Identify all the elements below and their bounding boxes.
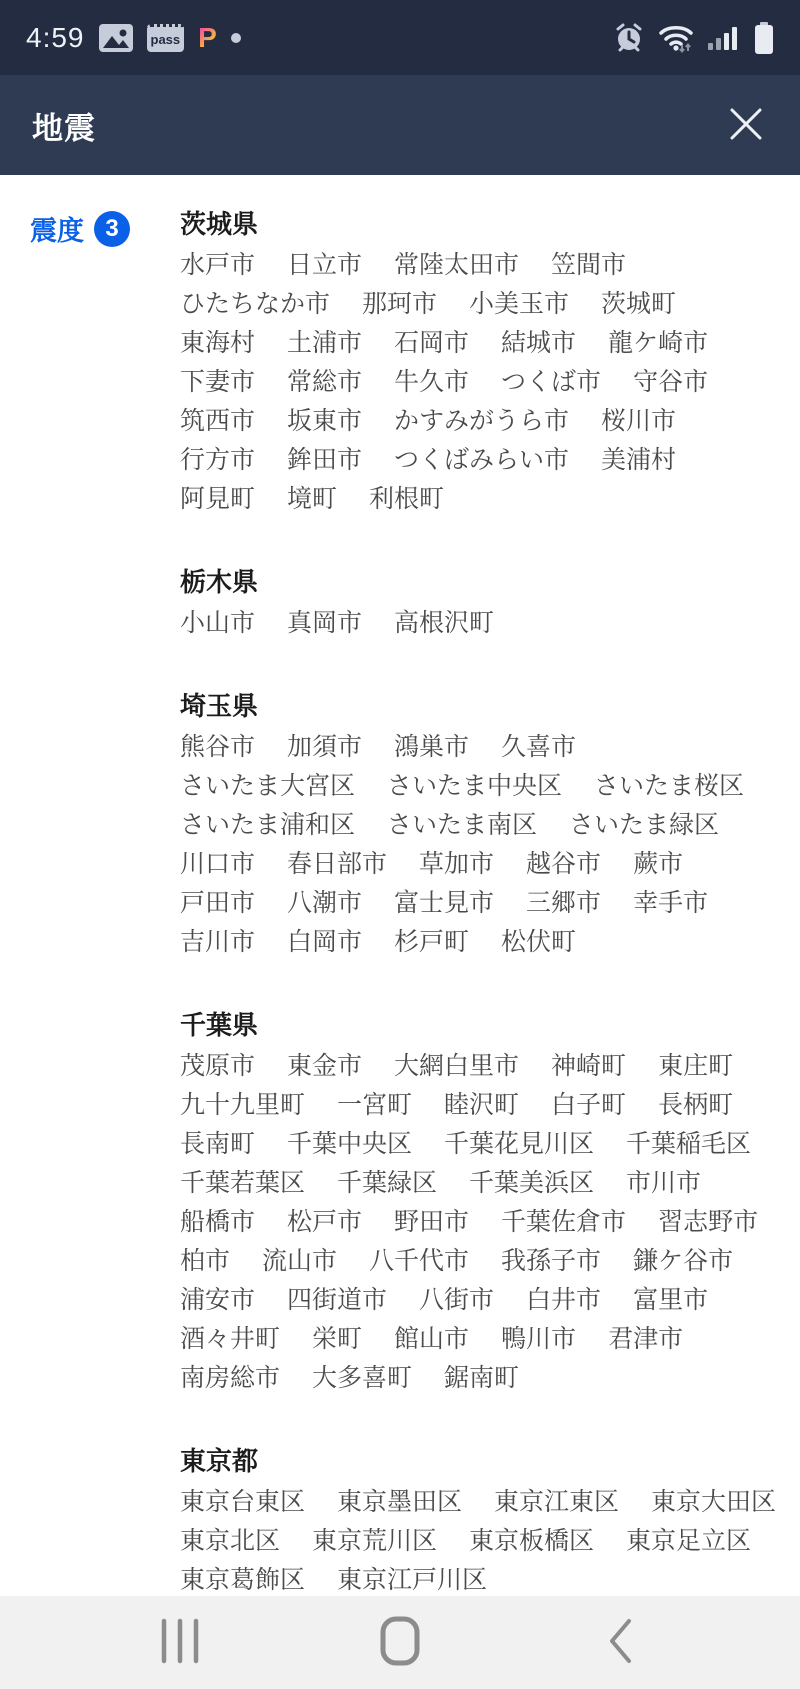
recents-icon — [158, 1618, 202, 1667]
city-name: 三郷市 — [526, 884, 601, 923]
city-name: 笠間市 — [551, 246, 626, 285]
city-name: 松戸市 — [287, 1203, 362, 1242]
city-line: さいたま大宮区さいたま中央区さいたま桜区 — [180, 767, 790, 806]
prefecture-heading: 東京都 — [180, 1442, 790, 1481]
city-name: 長柄町 — [658, 1086, 733, 1125]
city-name: 東京墨田区 — [337, 1483, 462, 1522]
city-line: 浦安市四街道市八街市白井市富里市 — [180, 1281, 790, 1320]
city-name: 熊谷市 — [180, 728, 255, 767]
city-name: 筑西市 — [180, 402, 255, 441]
city-name: 八千代市 — [369, 1242, 469, 1281]
phone-screen: 4:59 pass P — [0, 0, 800, 1689]
city-name: 神崎町 — [551, 1047, 626, 1086]
city-line: 酒々井町栄町館山市鴨川市君津市 — [180, 1320, 790, 1359]
city-name: 八街市 — [419, 1281, 494, 1320]
city-line: 小山市真岡市高根沢町 — [180, 604, 790, 643]
city-name: 坂東市 — [287, 402, 362, 441]
city-name: 守谷市 — [633, 363, 708, 402]
city-name: 大網白里市 — [394, 1047, 519, 1086]
city-name: 君津市 — [608, 1320, 683, 1359]
city-name: 流山市 — [262, 1242, 337, 1281]
city-line: 行方市鉾田市つくばみらい市美浦村 — [180, 441, 790, 480]
intensity-column: 震度 3 — [30, 205, 180, 1596]
city-name: 四街道市 — [287, 1281, 387, 1320]
pass-icon: pass — [147, 24, 185, 52]
city-name: 東金市 — [287, 1047, 362, 1086]
city-name: 鎌ケ谷市 — [633, 1242, 733, 1281]
city-line: 九十九里町一宮町睦沢町白子町長柄町 — [180, 1086, 790, 1125]
city-name: 那珂市 — [362, 285, 437, 324]
city-name: 白子町 — [551, 1086, 626, 1125]
city-name: 境町 — [287, 480, 337, 519]
city-name: 千葉稲毛区 — [626, 1125, 751, 1164]
city-name: 東庄町 — [658, 1047, 733, 1086]
city-name: 小山市 — [180, 604, 255, 643]
city-name: 千葉中央区 — [287, 1125, 412, 1164]
city-line: 船橋市松戸市野田市千葉佐倉市習志野市 — [180, 1203, 790, 1242]
city-name: 石岡市 — [394, 324, 469, 363]
city-name: さいたま浦和区 — [180, 806, 355, 845]
city-line: 茂原市東金市大網白里市神崎町東庄町 — [180, 1047, 790, 1086]
prefecture-section: 千葉県茂原市東金市大網白里市神崎町東庄町九十九里町一宮町睦沢町白子町長柄町長南町… — [180, 1006, 790, 1398]
city-line: 東海村土浦市石岡市結城市龍ケ崎市 — [180, 324, 790, 363]
city-name: 野田市 — [394, 1203, 469, 1242]
prefecture-heading: 千葉県 — [180, 1006, 790, 1045]
city-name: 東京台東区 — [180, 1483, 305, 1522]
back-icon — [605, 1617, 635, 1668]
city-line: さいたま浦和区さいたま南区さいたま緑区 — [180, 806, 790, 845]
city-name: 杉戸町 — [394, 923, 469, 962]
city-name: 真岡市 — [287, 604, 362, 643]
prefecture-heading: 栃木県 — [180, 563, 790, 602]
city-name: かすみがうら市 — [394, 402, 569, 441]
city-name: 阿見町 — [180, 480, 255, 519]
recents-button[interactable] — [150, 1613, 210, 1673]
content-area: 震度 3 茨城県水戸市日立市常陸太田市笠間市ひたちなか市那珂市小美玉市茨城町東海… — [0, 175, 800, 1596]
city-name: 結城市 — [501, 324, 576, 363]
city-line: 東京北区東京荒川区東京板橋区東京足立区 — [180, 1522, 790, 1561]
city-name: 常陸太田市 — [394, 246, 519, 285]
city-name: 戸田市 — [180, 884, 255, 923]
city-name: 鋸南町 — [444, 1359, 519, 1398]
city-name: 利根町 — [369, 480, 444, 519]
status-bar: 4:59 pass P — [0, 0, 800, 75]
city-name: 八潮市 — [287, 884, 362, 923]
city-name: 白井市 — [526, 1281, 601, 1320]
city-line: 川口市春日部市草加市越谷市蕨市 — [180, 845, 790, 884]
city-line: 東京葛飾区東京江戸川区 — [180, 1561, 790, 1596]
city-name: 草加市 — [419, 845, 494, 884]
city-name: 千葉美浜区 — [469, 1164, 594, 1203]
city-name: 酒々井町 — [180, 1320, 280, 1359]
city-name: 睦沢町 — [444, 1086, 519, 1125]
status-bar-right — [614, 22, 774, 54]
city-name: 富士見市 — [394, 884, 494, 923]
notification-dot-icon — [231, 33, 241, 43]
city-name: 幸手市 — [633, 884, 708, 923]
city-name: 長南町 — [180, 1125, 255, 1164]
city-name: 鉾田市 — [287, 441, 362, 480]
city-name: 東京足立区 — [626, 1522, 751, 1561]
intensity-badge: 3 — [94, 211, 130, 247]
city-name: 東京江東区 — [494, 1483, 619, 1522]
city-name: 牛久市 — [394, 363, 469, 402]
city-line: ひたちなか市那珂市小美玉市茨城町 — [180, 285, 790, 324]
status-bar-left: 4:59 pass P — [26, 22, 241, 54]
city-line: 長南町千葉中央区千葉花見川区千葉稲毛区 — [180, 1125, 790, 1164]
city-name: 下妻市 — [180, 363, 255, 402]
prefecture-heading: 埼玉県 — [180, 687, 790, 726]
city-name: 東京大田区 — [651, 1483, 776, 1522]
city-name: 東京北区 — [180, 1522, 280, 1561]
city-name: 越谷市 — [526, 845, 601, 884]
city-name: 小美玉市 — [469, 285, 569, 324]
city-name: 久喜市 — [501, 728, 576, 767]
city-name: 茨城町 — [601, 285, 676, 324]
city-name: 市川市 — [626, 1164, 701, 1203]
city-name: 美浦村 — [601, 441, 676, 480]
city-name: 常総市 — [287, 363, 362, 402]
city-name: 東京葛飾区 — [180, 1561, 305, 1596]
home-icon — [380, 1616, 420, 1669]
city-line: 千葉若葉区千葉緑区千葉美浜区市川市 — [180, 1164, 790, 1203]
prefecture-section: 栃木県小山市真岡市高根沢町 — [180, 563, 790, 643]
city-name: 東京荒川区 — [312, 1522, 437, 1561]
city-name: 土浦市 — [287, 324, 362, 363]
city-name: 松伏町 — [501, 923, 576, 962]
navigation-bar — [0, 1596, 800, 1689]
prefecture-list: 茨城県水戸市日立市常陸太田市笠間市ひたちなか市那珂市小美玉市茨城町東海村土浦市石… — [180, 205, 790, 1596]
city-name: 東京板橋区 — [469, 1522, 594, 1561]
back-button[interactable] — [590, 1613, 650, 1673]
city-name: 行方市 — [180, 441, 255, 480]
city-name: 千葉佐倉市 — [501, 1203, 626, 1242]
city-name: 水戸市 — [180, 246, 255, 285]
city-name: 東海村 — [180, 324, 255, 363]
clock-text: 4:59 — [26, 22, 85, 54]
city-name: 館山市 — [394, 1320, 469, 1359]
p-app-icon: P — [198, 22, 217, 54]
prefecture-section: 埼玉県熊谷市加須市鴻巣市久喜市さいたま大宮区さいたま中央区さいたま桜区さいたま浦… — [180, 687, 790, 962]
city-line: 水戸市日立市常陸太田市笠間市 — [180, 246, 790, 285]
home-button[interactable] — [370, 1613, 430, 1673]
city-name: 千葉花見川区 — [444, 1125, 594, 1164]
city-line: 柏市流山市八千代市我孫子市鎌ケ谷市 — [180, 1242, 790, 1281]
city-name: さいたま桜区 — [594, 767, 744, 806]
city-name: 川口市 — [180, 845, 255, 884]
city-name: 加須市 — [287, 728, 362, 767]
city-name: 船橋市 — [180, 1203, 255, 1242]
close-icon — [726, 104, 766, 147]
app-header: 地震 — [0, 75, 800, 175]
city-name: 柏市 — [180, 1242, 230, 1281]
city-name: つくばみらい市 — [394, 441, 569, 480]
city-name: 吉川市 — [180, 923, 255, 962]
city-name: 龍ケ崎市 — [608, 324, 708, 363]
city-name: さいたま大宮区 — [180, 767, 355, 806]
city-name: 浦安市 — [180, 1281, 255, 1320]
city-line: 阿見町境町利根町 — [180, 480, 790, 519]
city-name: 東京江戸川区 — [337, 1561, 487, 1596]
image-icon — [99, 24, 133, 52]
city-name: 桜川市 — [601, 402, 676, 441]
prefecture-section: 茨城県水戸市日立市常陸太田市笠間市ひたちなか市那珂市小美玉市茨城町東海村土浦市石… — [180, 205, 790, 519]
city-name: 鴨川市 — [501, 1320, 576, 1359]
city-line: 下妻市常総市牛久市つくば市守谷市 — [180, 363, 790, 402]
city-name: 蕨市 — [633, 845, 683, 884]
city-name: 栄町 — [312, 1320, 362, 1359]
signal-icon — [708, 24, 740, 52]
city-line: 南房総市大多喜町鋸南町 — [180, 1359, 790, 1398]
city-name: 南房総市 — [180, 1359, 280, 1398]
prefecture-section: 東京都東京台東区東京墨田区東京江東区東京大田区東京北区東京荒川区東京板橋区東京足… — [180, 1442, 790, 1596]
close-button[interactable] — [724, 103, 768, 147]
city-name: 日立市 — [287, 246, 362, 285]
city-name: 茂原市 — [180, 1047, 255, 1086]
city-name: ひたちなか市 — [180, 285, 330, 324]
city-name: 千葉緑区 — [337, 1164, 437, 1203]
alarm-icon — [614, 23, 644, 53]
city-name: つくば市 — [501, 363, 601, 402]
city-line: 東京台東区東京墨田区東京江東区東京大田区 — [180, 1483, 790, 1522]
city-name: さいたま緑区 — [569, 806, 719, 845]
wifi-icon — [658, 23, 694, 53]
city-name: 鴻巣市 — [394, 728, 469, 767]
page-title: 地震 — [32, 103, 96, 148]
city-name: 白岡市 — [287, 923, 362, 962]
city-line: 吉川市白岡市杉戸町松伏町 — [180, 923, 790, 962]
battery-icon — [754, 22, 774, 54]
city-name: 高根沢町 — [394, 604, 494, 643]
city-name: 九十九里町 — [180, 1086, 305, 1125]
prefecture-heading: 茨城県 — [180, 205, 790, 244]
city-line: 戸田市八潮市富士見市三郷市幸手市 — [180, 884, 790, 923]
city-line: 熊谷市加須市鴻巣市久喜市 — [180, 728, 790, 767]
city-name: 習志野市 — [658, 1203, 758, 1242]
city-name: さいたま中央区 — [387, 767, 562, 806]
city-name: さいたま南区 — [387, 806, 537, 845]
city-name: 我孫子市 — [501, 1242, 601, 1281]
city-name: 一宮町 — [337, 1086, 412, 1125]
city-name: 大多喜町 — [312, 1359, 412, 1398]
city-line: 筑西市坂東市かすみがうら市桜川市 — [180, 402, 790, 441]
city-name: 春日部市 — [287, 845, 387, 884]
intensity-row: 震度 3 — [30, 209, 180, 248]
intensity-label: 震度 — [30, 209, 84, 248]
city-name: 富里市 — [633, 1281, 708, 1320]
city-name: 千葉若葉区 — [180, 1164, 305, 1203]
